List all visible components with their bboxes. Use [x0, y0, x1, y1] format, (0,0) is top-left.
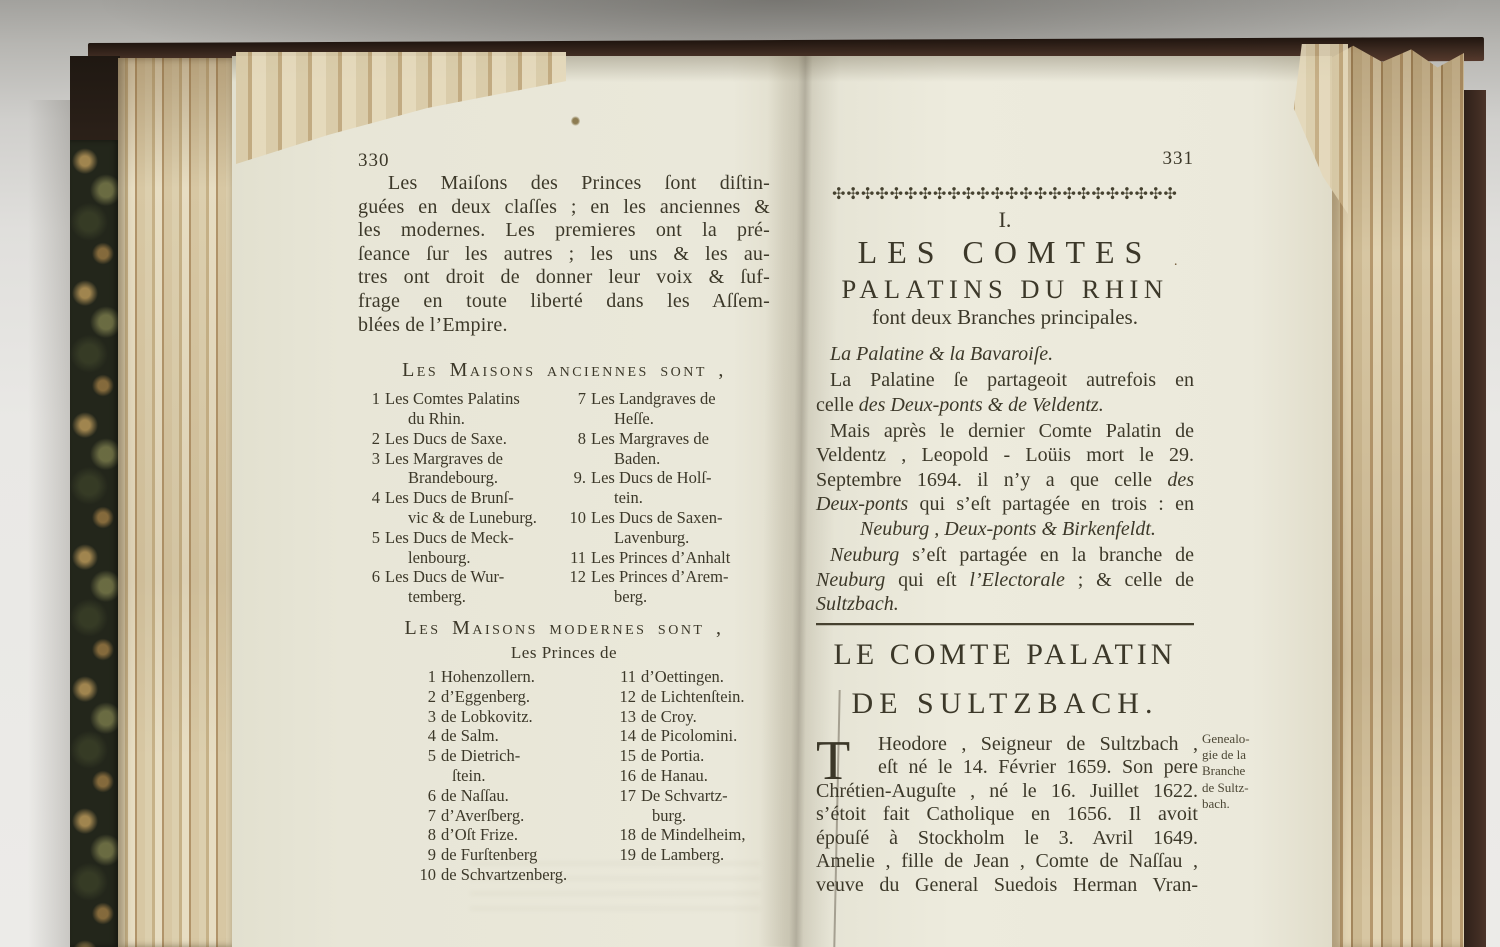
- item-text-continued: lenbourg.: [358, 548, 560, 568]
- item-text: Les Ducs de Wur-: [385, 567, 560, 587]
- list-item: 12de Lichtenſtein.: [614, 687, 774, 707]
- text-line: Chrétien-Auguſte , né le 16. Juillet 162…: [816, 780, 1198, 804]
- italic-text: Neuburg , Deux-ponts & Birkenfeldt.: [860, 518, 1156, 540]
- list-item: 5de Dietrich-ſtein.: [414, 746, 610, 786]
- ornament-row: ✣✣✣✣✣✣✣✣✣✣✣✣✣✣✣✣✣✣✣✣✣✣✣✣: [816, 184, 1194, 204]
- list-item-row: 10de Schvartzenberg.: [414, 865, 610, 885]
- text-line: Veldentz , Leopold - Loüis mort le 29.: [816, 443, 1194, 468]
- list-column: 1Les Comtes Palatinsdu Rhin.2Les Ducs de…: [358, 389, 560, 607]
- italic-text: Deux-ponts: [816, 493, 920, 515]
- list-item-row: 19de Lamberg.: [614, 845, 774, 865]
- modern-houses-subheading: Les Princes de: [358, 641, 770, 665]
- text-line: bach.: [1202, 796, 1274, 812]
- text-line: Sultzbach.: [816, 592, 1194, 617]
- subsection-heading-line2: DE SULTZBACH.: [816, 685, 1194, 723]
- italic-text: Sultzbach.: [816, 593, 899, 615]
- item-text: Les Princes d’Anhalt: [591, 548, 770, 568]
- item-number: 17: [614, 786, 641, 806]
- modern-houses-list: 1Hohenzollern.2d’Eggenberg.3de Lobkovitz…: [414, 667, 770, 885]
- text-line: ſeance ſur les autres ; les uns & les au…: [358, 243, 770, 267]
- chapter-subtitle: font deux Branches principales.: [816, 304, 1194, 330]
- list-item: 4Les Ducs de Brunſ-vic & de Luneburg.: [358, 488, 560, 528]
- text-line: La Palatine ſe partageoit autrefois en: [816, 368, 1194, 394]
- item-text: Les Ducs de Saxen-: [591, 508, 770, 528]
- item-text-continued: ſtein.: [414, 766, 610, 786]
- item-text: Hohenzollern.: [441, 667, 610, 687]
- item-text: Les Landgraves de: [591, 389, 770, 409]
- text-line: de Sultz-: [1202, 780, 1274, 796]
- text-line: veuve du General Suedois Herman Vran-: [816, 874, 1198, 898]
- list-item: 18de Mindelheim,: [614, 825, 774, 845]
- item-text: de Lobkovitz.: [441, 707, 610, 727]
- item-text-continued: Lavenburg.: [564, 528, 770, 548]
- item-text: de Hanau.: [641, 766, 774, 786]
- item-text: Les Ducs de Brunſ-: [385, 488, 560, 508]
- list-item: 6de Naſſau.: [414, 786, 610, 806]
- item-text: d’Oſt Frize.: [441, 825, 610, 845]
- item-text: de Lichtenſtein.: [641, 687, 774, 707]
- list-item: 7Les Landgraves deHeſſe.: [564, 389, 770, 429]
- list-item: 7d’Averſberg.: [414, 806, 610, 826]
- list-item: 11Les Princes d’Anhalt: [564, 548, 770, 568]
- text-line: les modernes. Les premieres ont la pré-: [358, 219, 770, 243]
- list-item-row: 4de Salm.: [414, 726, 610, 746]
- item-number: 10: [564, 508, 591, 528]
- item-number: 1: [358, 389, 385, 409]
- item-text-continued: Baden.: [564, 449, 770, 469]
- paragraph: La Palatine ſe partageoit autrefois ence…: [816, 368, 1194, 419]
- item-number: 2: [414, 687, 441, 707]
- list-item-row: 1Les Comtes Palatins: [358, 389, 560, 409]
- item-text: Les Margraves de: [591, 429, 770, 449]
- italic-text: des Deux-ponts & de Veldentz.: [859, 394, 1104, 416]
- text: qui eſt: [898, 569, 969, 591]
- list-item: 11d’Oettingen.: [614, 667, 774, 687]
- item-number: 8: [564, 429, 591, 449]
- list-item: 12Les Princes d’Arem-berg.: [564, 567, 770, 607]
- chapter-title-line1: LES COMTES·: [816, 232, 1194, 272]
- text-line: Septembre 1694. il n’y a que celle des: [816, 468, 1194, 493]
- list-item-row: 16de Hanau.: [614, 766, 774, 786]
- text: s’eſt partagée en la branche de: [912, 544, 1194, 566]
- list-item-row: 5de Dietrich-: [414, 746, 610, 766]
- list-item: 14de Picolomini.: [614, 726, 774, 746]
- ancient-houses-list: 1Les Comtes Palatinsdu Rhin.2Les Ducs de…: [358, 389, 770, 607]
- text-line: Mais après le dernier Comte Palatin de: [816, 419, 1194, 444]
- italic-text: Neuburg: [830, 544, 912, 566]
- item-text: d’Eggenberg.: [441, 687, 610, 707]
- text-line: Amelie , fille de Jean , Comte de Naſſau…: [816, 850, 1198, 874]
- list-item-row: 12de Lichtenſtein.: [614, 687, 774, 707]
- text-line: épouſé à Stockholm le 3. Avril 1649.: [816, 827, 1198, 851]
- text: qui s’eſt partagée en trois : en: [920, 493, 1194, 515]
- item-text: d’Averſberg.: [441, 806, 610, 826]
- italic-text: l’Electorale: [969, 569, 1065, 591]
- left-page: 330 Les Maiſons des Princes ſont diſtin-…: [358, 150, 770, 885]
- list-item: 3Les Margraves deBrandebourg.: [358, 449, 560, 489]
- list-item-row: 2Les Ducs de Saxe.: [358, 429, 560, 449]
- text-line: Deux-ponts qui s’eſt partagée en trois :…: [816, 492, 1194, 517]
- list-item: 2Les Ducs de Saxe.: [358, 429, 560, 449]
- item-number: 16: [614, 766, 641, 786]
- list-item: 17De Schvartz-burg.: [614, 786, 774, 826]
- item-number: 8: [414, 825, 441, 845]
- item-number: 9: [414, 845, 441, 865]
- item-number: 4: [358, 488, 385, 508]
- item-number: 7: [414, 806, 441, 826]
- item-number: 13: [614, 707, 641, 727]
- modern-houses-heading: Les Maisons modernes sont ,: [358, 615, 770, 641]
- item-number: 15: [614, 746, 641, 766]
- list-item-row: 1Hohenzollern.: [414, 667, 610, 687]
- item-number: 5: [414, 746, 441, 766]
- list-item: 3de Lobkovitz.: [414, 707, 610, 727]
- item-text-continued: berg.: [564, 587, 770, 607]
- item-text: De Schvartz-: [641, 786, 774, 806]
- italic-text: Neuburg: [816, 569, 898, 591]
- chapter-title-line2: PALATINS DU RHIN: [816, 274, 1194, 304]
- item-text-continued: vic & de Luneburg.: [358, 508, 560, 528]
- item-number: 10: [414, 865, 441, 885]
- list-item-row: 2d’Eggenberg.: [414, 687, 610, 707]
- item-text-continued: Brandebourg.: [358, 468, 560, 488]
- list-item-row: 3de Lobkovitz.: [414, 707, 610, 727]
- list-item: 1Les Comtes Palatinsdu Rhin.: [358, 389, 560, 429]
- list-item: 13de Croy.: [614, 707, 774, 727]
- item-text: de Salm.: [441, 726, 610, 746]
- item-number: 6: [358, 567, 385, 587]
- item-number: 11: [614, 667, 641, 687]
- item-text-continued: burg.: [614, 806, 774, 826]
- item-number: 3: [358, 449, 385, 469]
- text-line: Genealo-: [1202, 731, 1274, 747]
- list-item: 10de Schvartzenberg.: [414, 865, 610, 885]
- item-text: de Mindelheim,: [641, 825, 774, 845]
- text-line: guées en deux claſſes ; en les anciennes…: [358, 196, 770, 220]
- paragraph: Neuburg s’eſt partagée en la branche deN…: [816, 543, 1194, 617]
- item-number: 11: [564, 548, 591, 568]
- list-item: 10Les Ducs de Saxen-Lavenburg.: [564, 508, 770, 548]
- text-line: eſt né le 14. Février 1659. Son pere: [816, 756, 1198, 780]
- item-text: Les Ducs de Saxe.: [385, 429, 560, 449]
- paragraph: Mais après le dernier Comte Palatin deVe…: [816, 419, 1194, 542]
- list-column: 1Hohenzollern.2d’Eggenberg.3de Lobkovitz…: [414, 667, 610, 885]
- item-text-continued: Heſſe.: [564, 409, 770, 429]
- text-line: celle des Deux-ponts & de Veldentz.: [816, 393, 1194, 419]
- item-number: 3: [414, 707, 441, 727]
- item-text: de Lamberg.: [641, 845, 774, 865]
- left-page-fore-edge: [118, 58, 236, 947]
- list-item: 16de Hanau.: [614, 766, 774, 786]
- page-number: 330: [358, 150, 770, 172]
- subsection-heading-line1: LE COMTE PALATIN: [816, 635, 1194, 675]
- item-text: Les Ducs de Holſ-: [591, 468, 770, 488]
- text: Septembre 1694. il n’y a que celle: [816, 469, 1167, 491]
- text-line: Branche: [1202, 763, 1274, 779]
- item-number: 2: [358, 429, 385, 449]
- text: ; & celle de: [1065, 569, 1194, 591]
- text-line: Heodore , Seigneur de Sultzbach ,: [816, 733, 1198, 757]
- text-line: Neuburg , Deux-ponts & Birkenfeldt.: [816, 517, 1194, 542]
- text: celle: [816, 394, 859, 416]
- item-number: 1: [414, 667, 441, 687]
- item-number: 9.: [564, 468, 591, 488]
- list-item-row: 15de Portia.: [614, 746, 774, 766]
- text-line: La Palatine & la Bavaroiſe.: [816, 342, 1194, 368]
- text-line: gie de la: [1202, 747, 1274, 763]
- list-item: 2d’Eggenberg.: [414, 687, 610, 707]
- item-text: d’Oettingen.: [641, 667, 774, 687]
- list-item: 8Les Margraves deBaden.: [564, 429, 770, 469]
- list-item-row: 12Les Princes d’Arem-: [564, 567, 770, 587]
- list-item-row: 8Les Margraves de: [564, 429, 770, 449]
- ancient-houses-heading: Les Maisons anciennes sont ,: [358, 357, 770, 383]
- item-text: de Dietrich-: [441, 746, 610, 766]
- item-number: 18: [614, 825, 641, 845]
- text-line: frage en toute liberté dans les Aſſem-: [358, 290, 770, 314]
- book-cover-right-edge: [1462, 90, 1486, 947]
- list-item: 6Les Ducs de Wur-temberg.: [358, 567, 560, 607]
- item-number: 6: [414, 786, 441, 806]
- list-item-row: 17De Schvartz-: [614, 786, 774, 806]
- list-item: 9.Les Ducs de Holſ-tein.: [564, 468, 770, 508]
- item-text: de Picolomini.: [641, 726, 774, 746]
- text-line: tres ont droit de donner leur voix & ſuf…: [358, 266, 770, 290]
- page-number: 331: [816, 148, 1194, 170]
- item-text: de Naſſau.: [441, 786, 610, 806]
- right-page: 331 ✣✣✣✣✣✣✣✣✣✣✣✣✣✣✣✣✣✣✣✣✣✣✣✣ I. LES COMT…: [816, 148, 1194, 897]
- list-item-row: 10Les Ducs de Saxen-: [564, 508, 770, 528]
- right-page-fore-edge: [1332, 44, 1464, 947]
- list-item-row: 5Les Ducs de Meck-: [358, 528, 560, 548]
- item-text-continued: du Rhin.: [358, 409, 560, 429]
- open-book-photograph: 330 Les Maiſons des Princes ſont diſtin-…: [0, 0, 1500, 947]
- list-item: 15de Portia.: [614, 746, 774, 766]
- list-item: 5Les Ducs de Meck-lenbourg.: [358, 528, 560, 568]
- item-text: de Furſtenberg: [441, 845, 610, 865]
- item-text-continued: tein.: [564, 488, 770, 508]
- item-text: Les Princes d’Arem-: [591, 567, 770, 587]
- text-line: s’étoit fait Catholique en 1656. Il avoi…: [816, 803, 1198, 827]
- list-item-row: 7d’Averſberg.: [414, 806, 610, 826]
- list-item: 8d’Oſt Frize.: [414, 825, 610, 845]
- item-text-continued: temberg.: [358, 587, 560, 607]
- text-line: Les Maiſons des Princes ſont diſtin-: [358, 172, 770, 196]
- item-text: de Croy.: [641, 707, 774, 727]
- list-item-row: 6Les Ducs de Wur-: [358, 567, 560, 587]
- item-number: 19: [614, 845, 641, 865]
- list-item: 19de Lamberg.: [614, 845, 774, 865]
- list-item-row: 11d’Oettingen.: [614, 667, 774, 687]
- list-item-row: 8d’Oſt Frize.: [414, 825, 610, 845]
- list-column: 11d’Oettingen.12de Lichtenſtein.13de Cro…: [614, 667, 774, 885]
- item-number: 7: [564, 389, 591, 409]
- item-number: 12: [564, 567, 591, 587]
- foxing-speck: [571, 116, 580, 126]
- list-item-row: 14de Picolomini.: [614, 726, 774, 746]
- item-text: Les Ducs de Meck-: [385, 528, 560, 548]
- item-text: Les Margraves de: [385, 449, 560, 469]
- chapter-title-text: LES COMTES: [858, 234, 1153, 270]
- text-line: blées de l’Empire.: [358, 314, 770, 338]
- italic-text: La Palatine & la Bavaroiſe.: [830, 343, 1053, 365]
- item-text: de Portia.: [641, 746, 774, 766]
- list-item: 9de Furſtenberg: [414, 845, 610, 865]
- item-number: 14: [614, 726, 641, 746]
- list-item-row: 11Les Princes d’Anhalt: [564, 548, 770, 568]
- list-item-row: 18de Mindelheim,: [614, 825, 774, 845]
- italic-text: des: [1167, 469, 1194, 491]
- list-item-row: 3Les Margraves de: [358, 449, 560, 469]
- branches-line: La Palatine & la Bavaroiſe.: [816, 342, 1194, 368]
- section-rule: [816, 623, 1194, 625]
- list-item-row: 9de Furſtenberg: [414, 845, 610, 865]
- list-item-row: 13de Croy.: [614, 707, 774, 727]
- item-text: de Schvartzenberg.: [441, 865, 610, 885]
- text-line: Neuburg qui eſt l’Electorale ; & celle d…: [816, 568, 1194, 593]
- list-item-row: 6de Naſſau.: [414, 786, 610, 806]
- text-line: Neuburg s’eſt partagée en la branche de: [816, 543, 1194, 568]
- list-item-row: 7Les Landgraves de: [564, 389, 770, 409]
- item-text: Les Comtes Palatins: [385, 389, 560, 409]
- intro-paragraph: Les Maiſons des Princes ſont diſtin-guée…: [358, 172, 770, 337]
- marbled-board-shadowed: [70, 56, 120, 146]
- ink-dot-artifact: ·: [1173, 246, 1188, 286]
- body-paragraph: T Heodore , Seigneur de Sultzbach ,eſt n…: [816, 733, 1198, 898]
- item-number: 4: [414, 726, 441, 746]
- list-item: 4de Salm.: [414, 726, 610, 746]
- list-item-row: 4Les Ducs de Brunſ-: [358, 488, 560, 508]
- list-item: 1Hohenzollern.: [414, 667, 610, 687]
- margin-note: Genealo-gie de laBranchede Sultz-bach.: [1202, 731, 1274, 812]
- list-column: 7Les Landgraves deHeſſe.8Les Margraves d…: [564, 389, 770, 607]
- item-number: 12: [614, 687, 641, 707]
- item-number: 5: [358, 528, 385, 548]
- section-number: I.: [816, 208, 1194, 232]
- marbled-board: [70, 140, 120, 947]
- list-item-row: 9.Les Ducs de Holſ-: [564, 468, 770, 488]
